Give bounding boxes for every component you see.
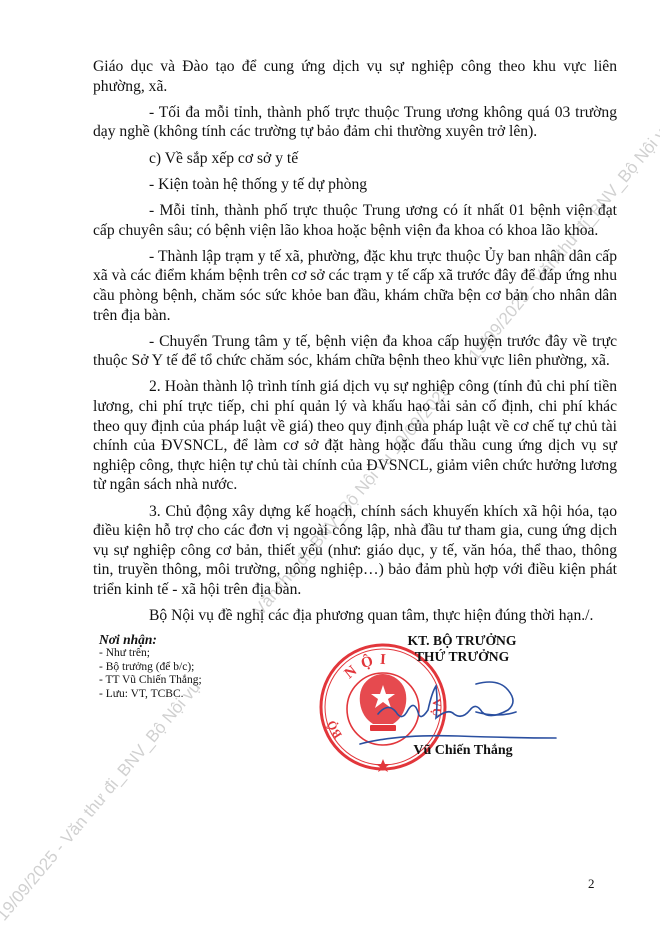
document-paragraph: - Thành lập trạm y tế xã, phường, đặc kh… xyxy=(93,247,617,325)
document-paragraph: - Tối đa mỗi tỉnh, thành phố trực thuộc … xyxy=(93,103,617,142)
recipient-item: - Như trên; xyxy=(99,647,202,661)
document-paragraph: - Chuyển Trung tâm y tế, bệnh viện đa kh… xyxy=(93,332,617,371)
signer-title: KT. BỘ TRƯỞNG xyxy=(372,633,552,649)
document-paragraph: - Mỗi tỉnh, thành phố trực thuộc Trung ư… xyxy=(93,201,617,240)
document-body: Giáo dục và Đào tạo để cung ứng dịch vụ … xyxy=(93,57,617,626)
document-page: 19/09/2025 - Văn thư đi_BNV_Bộ Nội vụ Vă… xyxy=(0,0,660,933)
document-paragraph: c) Về sắp xếp cơ sở y tế xyxy=(93,149,617,169)
document-paragraph: - Kiện toàn hệ thống y tế dự phòng xyxy=(93,175,617,195)
page-number: 2 xyxy=(588,876,595,892)
recipients-block: Nơi nhận: - Như trên; - Bộ trưởng (để b/… xyxy=(99,632,202,701)
document-paragraph: 2. Hoàn thành lộ trình tính giá dịch vụ … xyxy=(93,377,617,495)
recipient-item: - TT Vũ Chiến Thắng; xyxy=(99,674,202,688)
recipient-item: - Bộ trưởng (để b/c); xyxy=(99,661,202,675)
recipients-title: Nơi nhận: xyxy=(99,632,202,647)
document-paragraph: 3. Chủ động xây dựng kế hoạch, chính sác… xyxy=(93,502,617,600)
document-paragraph: Giáo dục và Đào tạo để cung ứng dịch vụ … xyxy=(93,57,617,96)
watermark: 19/09/2025 - Văn thư đi_BNV_Bộ Nội vụ xyxy=(0,678,205,925)
document-paragraph: Bộ Nội vụ đề nghị các địa phương quan tâ… xyxy=(93,606,617,626)
signer-position: THỨ TRƯỞNG xyxy=(372,649,552,665)
signature-icon xyxy=(358,672,558,752)
recipient-item: - Lưu: VT, TCBC. xyxy=(99,688,202,702)
signer-block: KT. BỘ TRƯỞNG THỨ TRƯỞNG xyxy=(372,633,552,665)
